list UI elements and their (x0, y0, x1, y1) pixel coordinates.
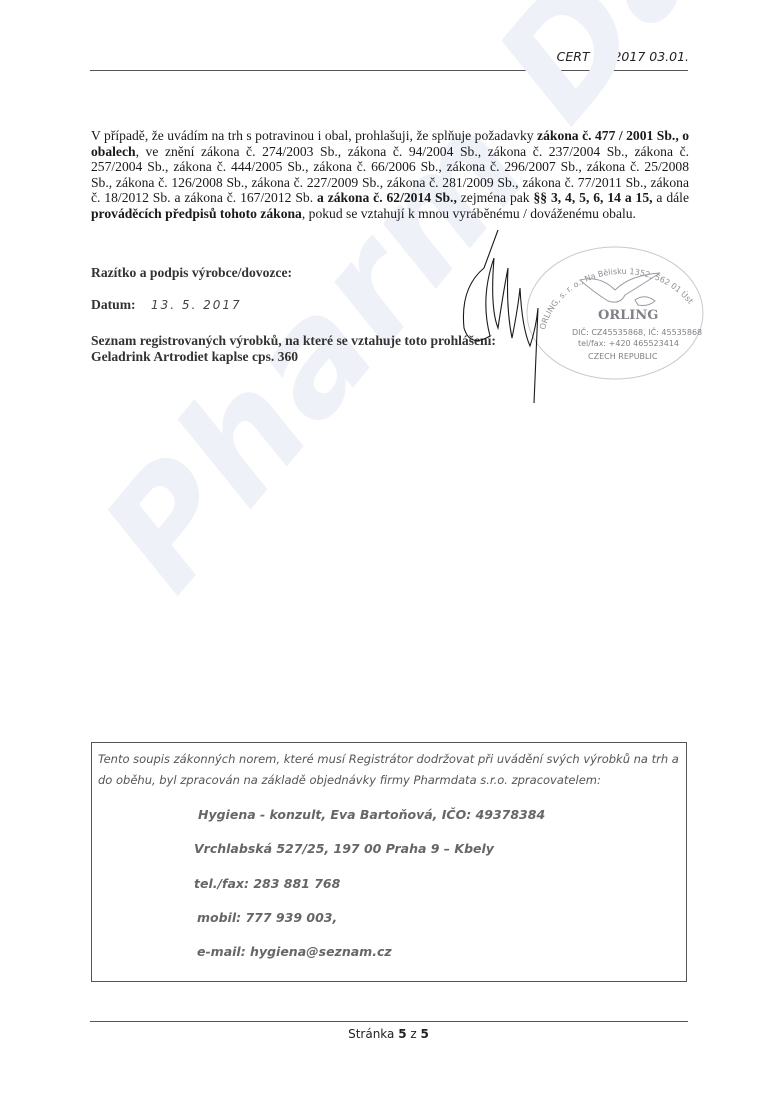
of-word: z (410, 1027, 416, 1041)
products-label: Seznam registrovaných výrobků, na které … (91, 333, 496, 349)
watermark: Pharm Data s.r.o. (60, 330, 777, 750)
stamp-country: CZECH REPUBLIC (588, 352, 658, 361)
total-pages: 5 (421, 1027, 429, 1041)
page-number: Stránka 5 z 5 (0, 1027, 777, 1041)
declaration-segment: , pokud se vztahují k mnou vyráběnému / … (302, 206, 636, 221)
stamp-signature-label: Razítko a podpis výrobce/dovozce: (91, 265, 292, 281)
declaration-segment: a dále (653, 190, 689, 205)
declaration-paragraph: V případě, že uvádím na trh s potravinou… (91, 128, 689, 222)
declaration-segment: a zákona č. 62/2014 Sb., (317, 190, 457, 205)
declaration-segment: V případě, že uvádím na trh s potravinou… (91, 128, 537, 143)
declaration-segment: zejména pak (457, 190, 534, 205)
date-label: Datum: (91, 297, 136, 312)
current-page: 5 (398, 1027, 406, 1041)
date-row: Datum: 13. 5. 2017 (91, 297, 242, 313)
document-code: CERT 11 2017 03.01. (557, 49, 689, 64)
product-name: Geladrink Artrodiet kaplse cps. 360 (91, 349, 298, 365)
processor-mobile: mobil: 777 939 003, (197, 910, 337, 925)
page-word: Stránka (348, 1027, 394, 1041)
stamp-brand: ORLING (598, 308, 658, 323)
stamp-phone: tel/fax: +420 465523414 (578, 339, 679, 348)
stamp-ids: DIČ: CZ45535868, IČ: 45535868 (572, 326, 702, 337)
header-divider (90, 70, 688, 71)
processor-email[interactable]: e-mail: hygiena@seznam.cz (197, 944, 392, 959)
footer-divider (90, 1021, 688, 1022)
processor-company: Hygiena - konzult, Eva Bartoňová, IČO: 4… (198, 807, 545, 822)
handwritten-signature (450, 228, 560, 403)
info-intro: Tento soupis zákonných norem, které musí… (98, 749, 682, 791)
processor-info-box: Tento soupis zákonných norem, které musí… (91, 742, 687, 982)
processor-phone: tel./fax: 283 881 768 (194, 876, 340, 891)
processor-address: Vrchlabská 527/25, 197 00 Praha 9 – Kbel… (194, 841, 494, 856)
declaration-segment: §§ 3, 4, 5, 6, 14 a 15, (533, 190, 652, 205)
date-value: 13. 5. 2017 (151, 298, 242, 312)
declaration-segment: prováděcích předpisů tohoto zákona (91, 206, 302, 221)
